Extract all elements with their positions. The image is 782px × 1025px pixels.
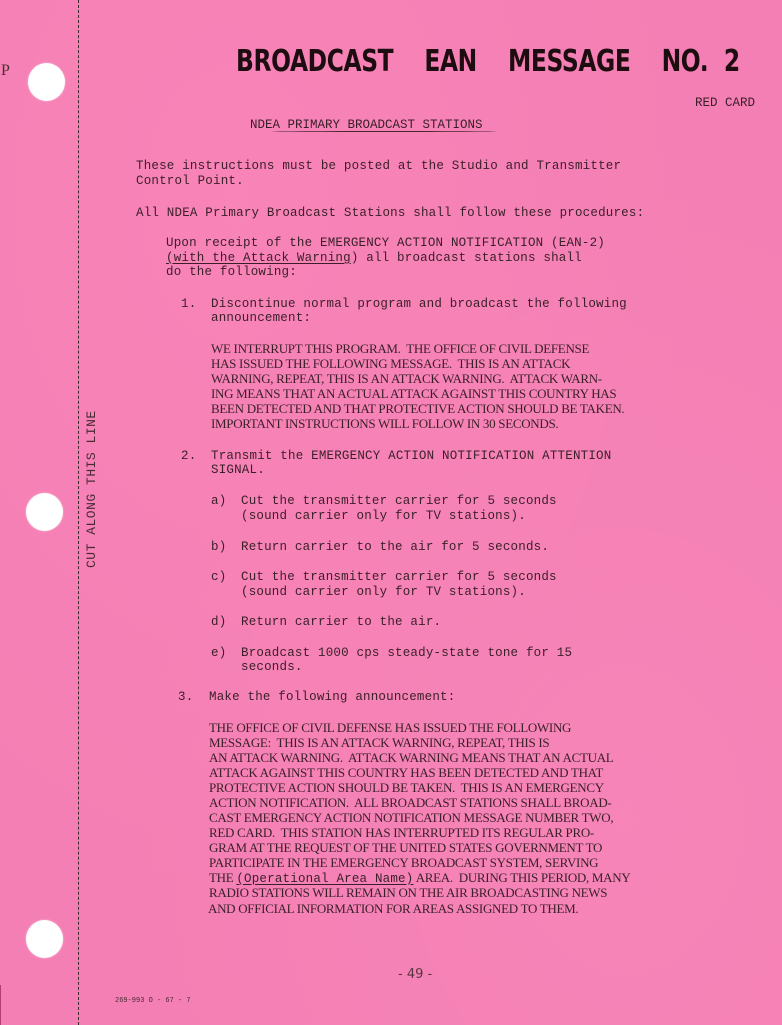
- margin-mark: P: [1, 62, 10, 80]
- step-3-announcement-line-7: CAST EMERGENCY ACTION NOTIFICATION MESSA…: [209, 811, 613, 826]
- step-3-announcement-end-line-2: AND OFFICIAL INFORMATION FOR AREAS ASSIG…: [208, 902, 578, 917]
- substep-b-label: b): [211, 540, 226, 555]
- area-line-suffix: AREA. DURING THIS PERIOD, MANY: [413, 870, 630, 885]
- intro-line-2: Control Point.: [136, 174, 244, 189]
- step-3-announcement-line-4: ATTACK AGAINST THIS COUNTRY HAS BEEN DET…: [209, 766, 603, 781]
- punch-hole-middle: [26, 493, 63, 531]
- substep-a-line-1: Cut the transmitter carrier for 5 second…: [241, 494, 557, 509]
- substep-c-line-1: Cut the transmitter carrier for 5 second…: [241, 570, 557, 585]
- substep-c-label: c): [211, 570, 226, 585]
- subheading-underline: [272, 131, 496, 132]
- page-title: BROADCAST EAN MESSAGE NO. 2: [236, 44, 740, 79]
- step-3-number: 3.: [178, 690, 193, 705]
- intro-line-1: These instructions must be posted at the…: [136, 159, 621, 174]
- step-2-number: 2.: [181, 449, 196, 464]
- step-1-line-1: Discontinue normal program and broadcast…: [211, 297, 627, 312]
- attack-warning-underlined: (with the Attack Warning: [166, 251, 351, 265]
- step-3-announcement-line-3: AN ATTACK WARNING. ATTACK WARNING MEANS …: [209, 751, 613, 766]
- substep-e-label: e): [211, 646, 226, 661]
- receipt-line-3: do the following:: [166, 265, 297, 280]
- step-3-line-1: Make the following announcement:: [209, 690, 455, 705]
- page-edge-mark: [0, 985, 1, 1025]
- substep-e-line-2: seconds.: [241, 660, 303, 675]
- step-1-announcement-line-3: WARNING, REPEAT, THIS IS AN ATTACK WARNI…: [211, 372, 602, 387]
- area-line-prefix: THE: [209, 870, 236, 885]
- step-1-line-2: announcement:: [211, 311, 311, 326]
- step-1-announcement-line-6: IMPORTANT INSTRUCTIONS WILL FOLLOW IN 30…: [211, 417, 558, 432]
- step-1-announcement-line-2: HAS ISSUED THE FOLLOWING MESSAGE. THIS I…: [211, 357, 570, 372]
- step-3-announcement-line-1: THE OFFICE OF CIVIL DEFENSE HAS ISSUED T…: [209, 721, 571, 736]
- operational-area-name-placeholder: (Operational Area Name): [236, 872, 413, 886]
- step-1-announcement-line-5: BEEN DETECTED AND THAT PROTECTIVE ACTION…: [211, 402, 624, 417]
- step-2-line-2: SIGNAL.: [211, 463, 265, 478]
- substep-d-line-1: Return carrier to the air.: [241, 615, 441, 630]
- cut-line-label: CUT ALONG THIS LINE: [84, 410, 99, 568]
- step-3-announcement-end-line-1: RADIO STATIONS WILL REMAIN ON THE AIR BR…: [209, 886, 607, 901]
- step-3-announcement-line-6: ACTION NOTIFICATION. ALL BROADCAST STATI…: [209, 796, 611, 811]
- cut-line: [78, 0, 79, 1025]
- receipt-line-1: Upon receipt of the EMERGENCY ACTION NOT…: [166, 236, 605, 251]
- step-1-number: 1.: [181, 297, 196, 312]
- step-1-announcement-line-1: WE INTERRUPT THIS PROGRAM. THE OFFICE OF…: [211, 342, 589, 357]
- subheading: NDEA PRIMARY BROADCAST STATIONS: [250, 118, 483, 132]
- step-3-announcement-line-2: MESSAGE: THIS IS AN ATTACK WARNING, REPE…: [209, 736, 549, 751]
- procedures-intro: All NDEA Primary Broadcast Stations shal…: [136, 206, 644, 221]
- substep-b-line-1: Return carrier to the air for 5 seconds.: [241, 540, 549, 555]
- substep-d-label: d): [211, 615, 226, 630]
- step-2-line-1: Transmit the EMERGENCY ACTION NOTIFICATI…: [211, 449, 611, 464]
- substep-e-line-1: Broadcast 1000 cps steady-state tone for…: [241, 646, 572, 661]
- substep-a-label: a): [211, 494, 226, 509]
- print-code: 269-993 O - 67 - 7: [115, 997, 191, 1005]
- receipt-line-2: (with the Attack Warning) all broadcast …: [166, 251, 582, 266]
- step-1-announcement-line-4: ING MEANS THAT AN ACTUAL ATTACK AGAINST …: [211, 387, 616, 402]
- substep-a-line-2: (sound carrier only for TV stations).: [241, 509, 526, 524]
- step-3-announcement-line-8: RED CARD. THIS STATION HAS INTERRUPTED I…: [209, 826, 594, 841]
- receipt-line-2-rest: ) all broadcast stations shall: [351, 251, 582, 265]
- page-number: - 49 -: [398, 967, 432, 982]
- punch-hole-bottom: [26, 920, 63, 958]
- step-3-announcement-line-5: PROTECTIVE ACTION SHOULD BE TAKEN. THIS …: [209, 781, 604, 796]
- substep-c-line-2: (sound carrier only for TV stations).: [241, 585, 526, 600]
- step-3-announcement-line-10: PARTICIPATE IN THE EMERGENCY BROADCAST S…: [209, 856, 598, 871]
- card-label: RED CARD: [695, 96, 755, 110]
- punch-hole-top: [28, 63, 65, 101]
- step-3-announcement-line-9: GRAM AT THE REQUEST OF THE UNITED STATES…: [209, 841, 602, 856]
